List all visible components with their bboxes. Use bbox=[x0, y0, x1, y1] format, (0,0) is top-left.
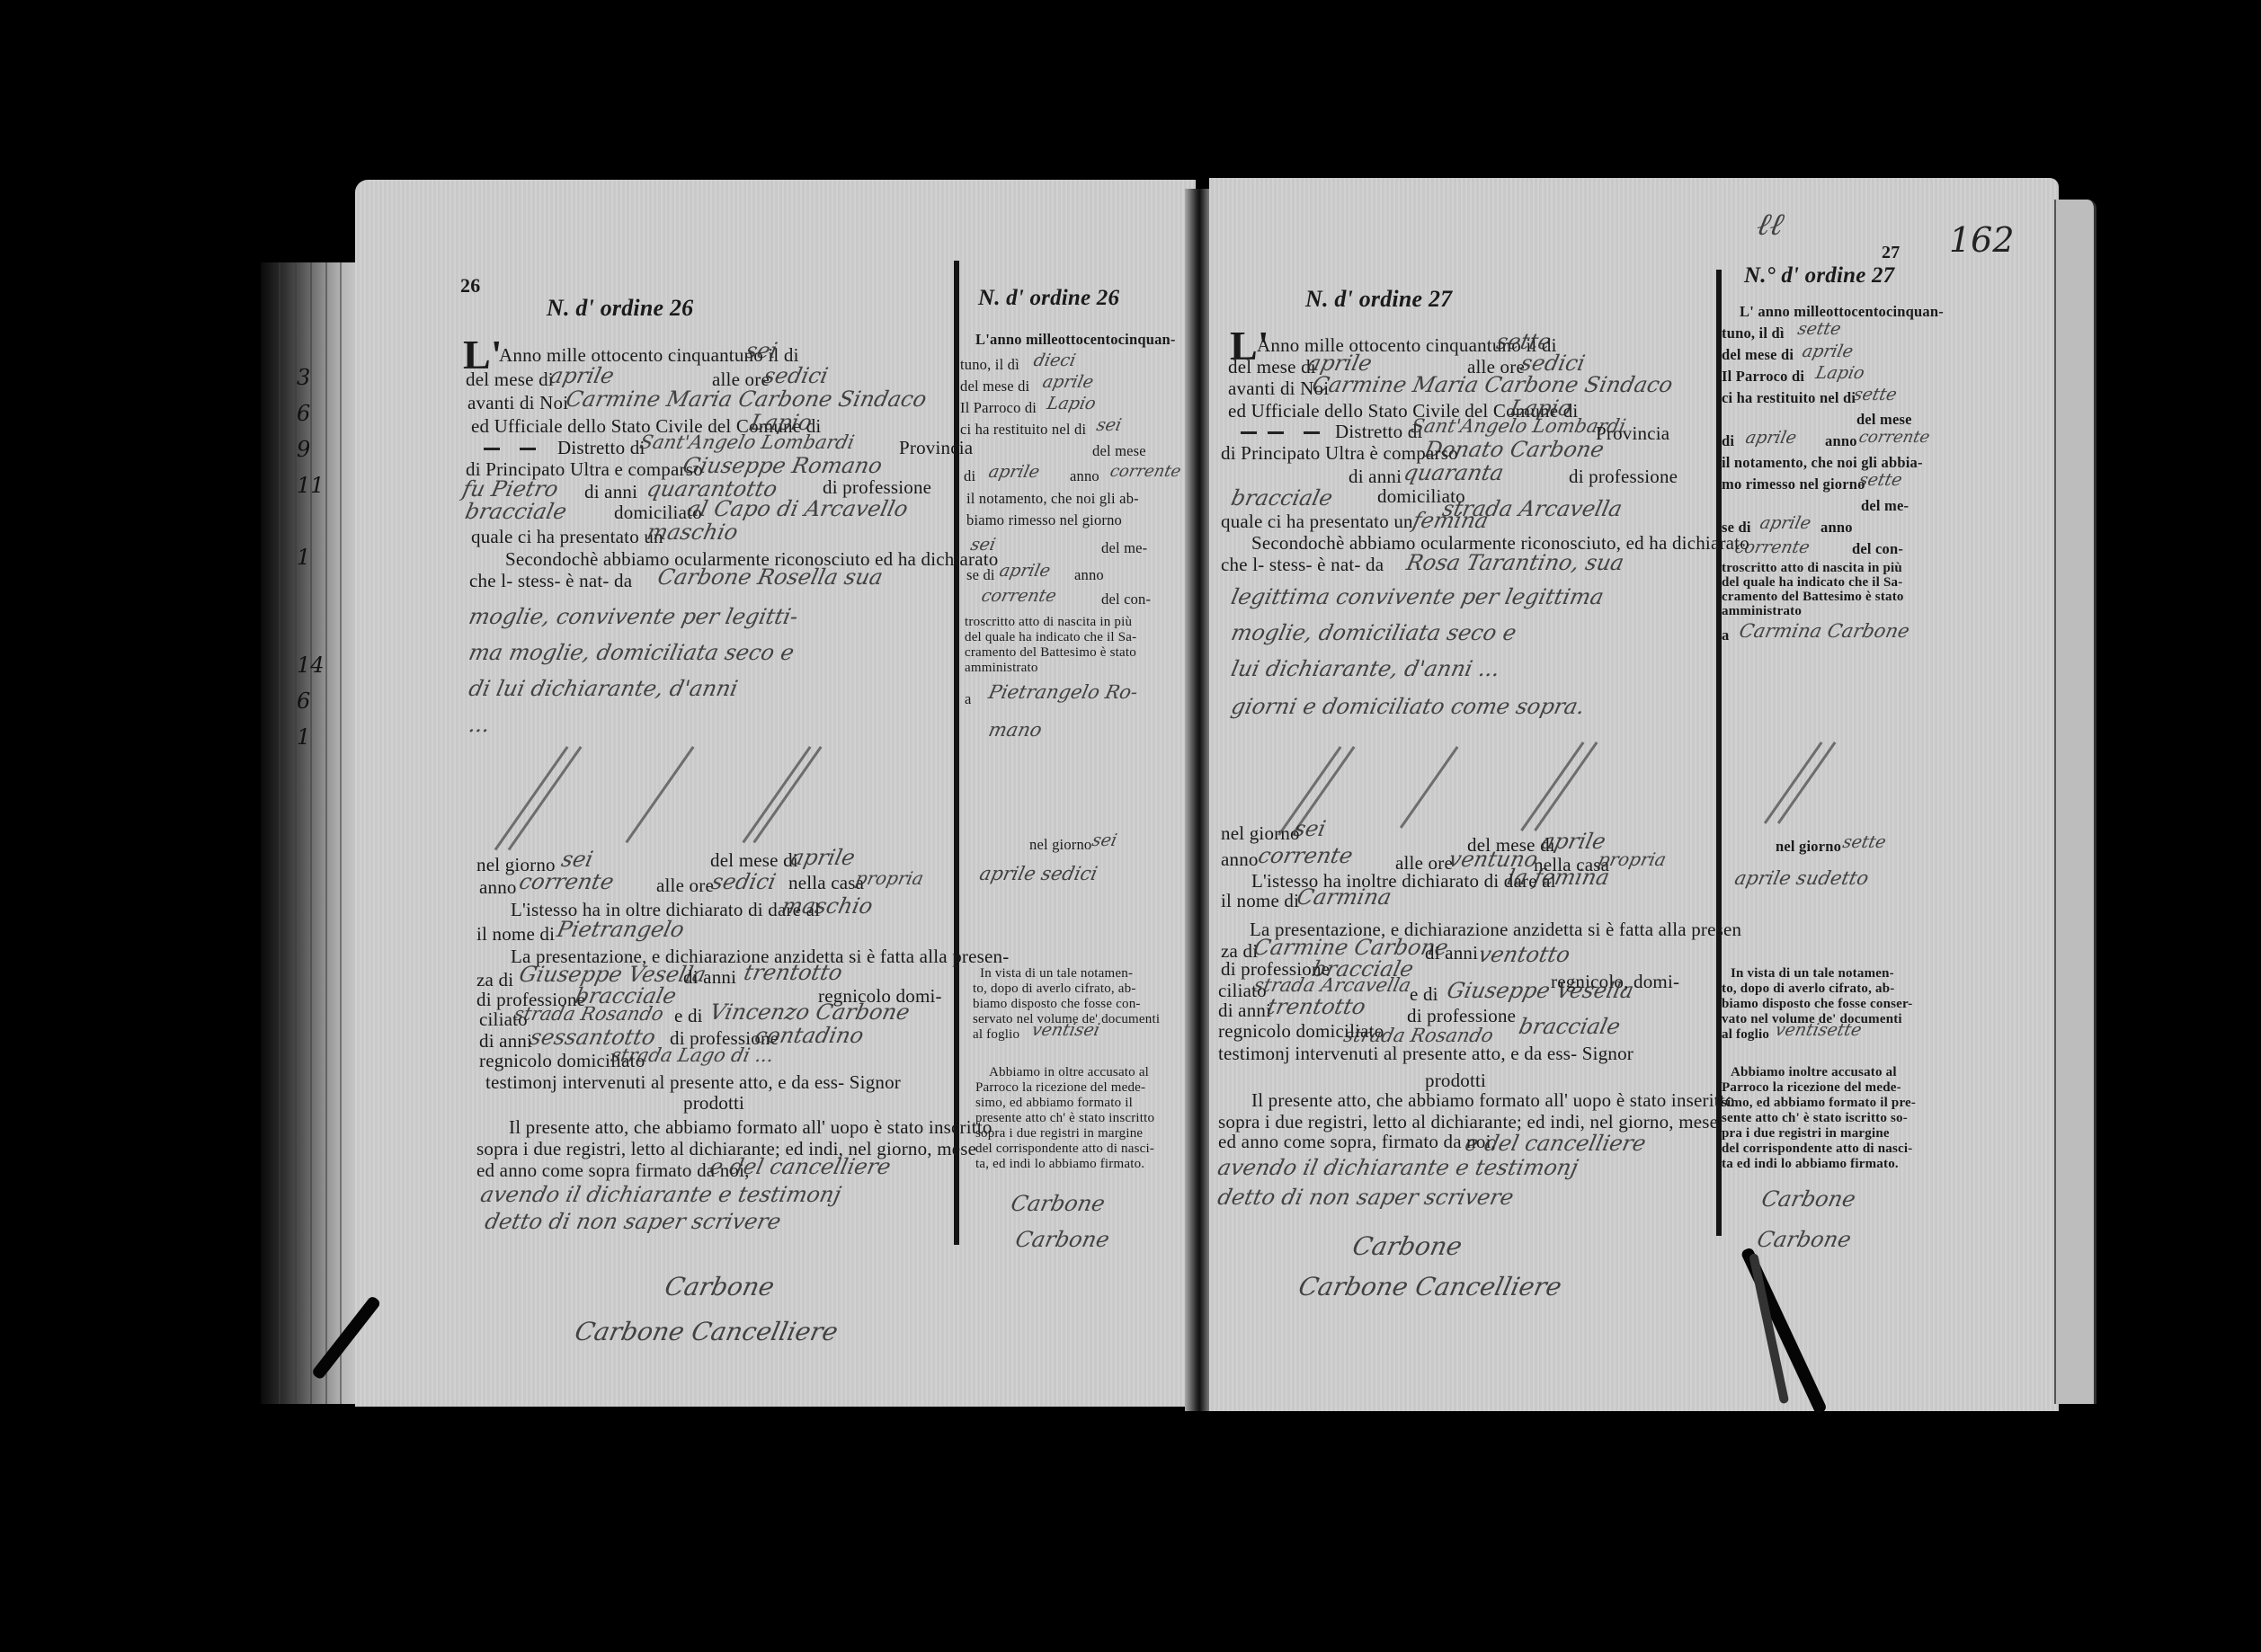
handwritten-baptism-date: aprile sudetto bbox=[1732, 867, 1870, 889]
handwritten-hour: sedici bbox=[761, 363, 831, 388]
handwritten-side-returned-day: sei bbox=[1095, 415, 1124, 435]
margin-number: 14 bbox=[297, 647, 325, 683]
side-record-header-26: N. d' ordine 26 bbox=[978, 286, 1119, 311]
side-print-line: del con- bbox=[1101, 591, 1151, 608]
side-print-line: mo rimesso nel giorno bbox=[1722, 475, 1865, 493]
print-line: anno bbox=[479, 876, 517, 899]
signature: Carbone bbox=[1349, 1231, 1464, 1261]
handwritten-distretto: Sant'Angelo Lombardi bbox=[637, 431, 856, 453]
handwritten-narrative: Carbone Rosella sua bbox=[655, 564, 886, 590]
handwritten-narrative: moglie, domiciliata seco e bbox=[1229, 620, 1518, 645]
side-print-line: sente atto ch' è stato iscritto so- bbox=[1722, 1111, 1908, 1126]
margin-number: 3 bbox=[297, 360, 325, 395]
side-print-line: Il Parroco di bbox=[960, 399, 1037, 417]
side-print-line: di bbox=[964, 467, 975, 485]
side-print-line: ta ed indi lo abbiamo firmato. bbox=[1722, 1157, 1899, 1172]
side-print-line: Parroco la ricezione del mede- bbox=[1722, 1080, 1901, 1096]
print-line: Provincia bbox=[899, 437, 973, 459]
margin-number: 11 bbox=[297, 467, 325, 503]
margin-number: 6 bbox=[297, 683, 325, 719]
print-line: alle ore bbox=[656, 875, 714, 897]
print-line: ed anno come sopra, firmato da noi, bbox=[1218, 1131, 1496, 1153]
side-print-line: pra i due registri in margine bbox=[1722, 1126, 1890, 1141]
margin-page-numbers: 3 6 9 11 1 14 6 1 bbox=[297, 360, 325, 755]
side-print-line: simo, ed abbiamo formato il pre- bbox=[1722, 1096, 1916, 1111]
side-print-line: to, dopo di averlo cifrato, ab- bbox=[1722, 981, 1894, 997]
record-header-26: N. d' ordine 26 bbox=[547, 295, 693, 322]
side-print-line: del quale ha indicato che il Sa- bbox=[1722, 575, 1902, 591]
handwritten-narrative: legittima convivente per legittima bbox=[1229, 584, 1606, 609]
left-column-divider bbox=[954, 261, 959, 1245]
handwritten-officer: Carmine Maria Carbone Sindaco bbox=[1310, 372, 1675, 397]
side-print-line: nel giorno bbox=[1776, 838, 1841, 856]
side-print-line: del mese bbox=[1092, 442, 1146, 460]
side-print-line: anno bbox=[1825, 432, 1857, 450]
side-print-line: nel giorno bbox=[1029, 836, 1091, 854]
side-print-line: del mese bbox=[1856, 411, 1912, 429]
handwritten-side-sent-year: corrente bbox=[1733, 537, 1811, 557]
handwritten-birth-month: aprile bbox=[788, 845, 858, 870]
print-line: di anni bbox=[683, 966, 736, 989]
print-line: di anni bbox=[584, 481, 637, 503]
handwritten-witness1-domicile: strada Arcavella bbox=[1251, 974, 1412, 996]
side-print-line: di bbox=[1722, 432, 1734, 450]
side-print-line: del me- bbox=[1101, 539, 1147, 557]
signature: Carbone bbox=[662, 1272, 777, 1301]
side-print-line: Il Parroco di bbox=[1722, 368, 1804, 386]
side-signature: Carbone bbox=[1013, 1227, 1112, 1252]
side-print-line: sopra i due registri in margine bbox=[975, 1126, 1143, 1141]
page-number-right: 27 bbox=[1882, 243, 1900, 263]
handwritten-sex: la femina bbox=[1505, 865, 1612, 890]
handwritten-narrative: giorni e domiciliato come sopra. bbox=[1229, 694, 1587, 719]
side-print-line: anno bbox=[1074, 566, 1104, 584]
print-line: testimonj intervenuti al presente atto, … bbox=[485, 1071, 901, 1094]
handwritten-birth-day: sei bbox=[559, 847, 595, 872]
side-print-line: il notamento, che noi gli ab- bbox=[966, 490, 1139, 508]
handwritten-side-returned-day: sette bbox=[1852, 385, 1899, 404]
side-print-line: amministrato bbox=[1722, 604, 1802, 619]
side-print-line: ci ha restituito nel di bbox=[960, 421, 1086, 439]
side-print-line: cramento del Battesimo è stato bbox=[1722, 590, 1904, 605]
print-line: Provincia bbox=[1596, 422, 1669, 445]
print-line: che l- stess- è nat- da bbox=[1221, 554, 1384, 576]
handwritten-given-name: Pietrangelo bbox=[555, 917, 687, 942]
print-line: di anni bbox=[1218, 999, 1271, 1022]
side-print-line: a bbox=[1722, 626, 1729, 644]
handwritten-side-sent-month: aprile bbox=[1758, 513, 1813, 533]
handwritten-witness2-profession: bracciale bbox=[1517, 1014, 1623, 1039]
handwritten-witness1-age: trentotto bbox=[742, 960, 845, 985]
print-line: Il presente atto, che abbiamo formato al… bbox=[1251, 1089, 1735, 1112]
handwritten-side-parish: Lapio bbox=[1046, 394, 1098, 413]
side-print-line: se di bbox=[1722, 519, 1751, 537]
print-line: il nome di bbox=[476, 923, 555, 946]
handwritten-narrative: di lui dichiarante, d'anni bbox=[467, 676, 740, 701]
print-line: quale ci ha presentato un bbox=[471, 526, 663, 548]
handwritten-birth-year: corrente bbox=[1256, 843, 1355, 868]
handwritten-birth-hour: sedici bbox=[709, 869, 779, 894]
side-print-line: troscritto atto di nascita in più bbox=[965, 615, 1132, 630]
handwritten-house: propria bbox=[853, 867, 925, 889]
signature: Carbone Cancelliere bbox=[572, 1317, 841, 1346]
side-print-line: In vista di un tale notamen- bbox=[980, 966, 1133, 981]
side-print-line: tuno, il dì bbox=[1722, 324, 1785, 342]
side-print-line: presente atto ch' è stato inscritto bbox=[975, 1111, 1154, 1126]
handwritten-birth-month: aprile bbox=[1539, 829, 1608, 854]
handwritten-side-sent-day: sette bbox=[1857, 470, 1904, 490]
handwritten-side-month: aprile bbox=[1041, 372, 1096, 392]
folio-number: 162 bbox=[1949, 220, 2015, 260]
side-print-line: biamo disposto che fosse conser- bbox=[1722, 997, 1913, 1012]
handwritten-witness1-domicile: strada Rosando bbox=[512, 1003, 665, 1025]
side-print-line: del con- bbox=[1852, 540, 1903, 558]
side-print-line: L'anno milleottocentocinquan- bbox=[975, 331, 1176, 349]
handwritten-officer: Carmine Maria Carbone Sindaco bbox=[564, 386, 929, 412]
handwritten-side-month: aprile bbox=[1801, 342, 1856, 361]
handwritten-age: quaranta bbox=[1402, 460, 1506, 485]
print-line: quale ci ha presentato un bbox=[1221, 511, 1413, 533]
handwritten-foglio: ventisette bbox=[1774, 1020, 1864, 1040]
handwritten-side-returned-year: corrente bbox=[1108, 462, 1183, 481]
print-line: Il presente atto, che abbiamo formato al… bbox=[509, 1116, 993, 1139]
print-line: del mese di bbox=[1228, 356, 1316, 378]
side-record-header-27: N.° d' ordine 27 bbox=[1744, 263, 1894, 289]
handwritten-birth-year: corrente bbox=[517, 869, 616, 894]
side-signature: Carbone bbox=[1755, 1227, 1854, 1252]
margin-number: 6 bbox=[297, 395, 325, 431]
side-print-line: del quale ha indicato che il Sa- bbox=[965, 630, 1136, 645]
handwritten-baptism-date: aprile sedici bbox=[977, 863, 1099, 884]
side-print-line: to, dopo di averlo cifrato, ab- bbox=[973, 981, 1136, 997]
side-print-line: anno bbox=[1820, 519, 1853, 537]
side-print-line: amministrato bbox=[965, 661, 1038, 676]
handwritten-month: aprile bbox=[547, 363, 617, 388]
book-gutter bbox=[1185, 189, 1212, 1411]
handwritten-side-day: sette bbox=[1796, 319, 1843, 339]
handwritten-distretto: Sant'Angelo Lombardi bbox=[1409, 415, 1627, 437]
side-print-line: del corrispondente atto di nasci- bbox=[1722, 1141, 1912, 1157]
side-print-line: In vista di un tale notamen- bbox=[1731, 966, 1894, 981]
side-print-line: biamo rimesso nel giorno bbox=[966, 511, 1122, 529]
print-line: prodotti bbox=[683, 1092, 744, 1115]
handwritten-given-name: Carmina bbox=[1295, 884, 1393, 910]
signature: Carbone Cancelliere bbox=[1295, 1272, 1564, 1301]
print-line: che l- stess- è nat- da bbox=[469, 570, 632, 592]
side-print-line: del mese di bbox=[960, 377, 1029, 395]
print-line: di anni bbox=[1425, 942, 1478, 964]
side-print-line: Abbiamo in oltre accusato al bbox=[989, 1065, 1149, 1080]
handwritten-day: sei bbox=[743, 338, 779, 363]
print-line: testimonj intervenuti al presente atto, … bbox=[1218, 1043, 1633, 1065]
page-number-left: 26 bbox=[460, 274, 480, 298]
print-line: e di bbox=[1410, 983, 1438, 1006]
side-print-line: Abbiamo inoltre accusato al bbox=[1731, 1065, 1897, 1080]
handwritten-baptised-name2: mano bbox=[986, 719, 1044, 741]
handwritten-side-returned-year: corrente bbox=[1857, 428, 1932, 447]
handwritten-declarant: Donato Carbone bbox=[1422, 437, 1607, 462]
handwritten-sex: maschio bbox=[779, 893, 875, 919]
handwritten-side-day: dieci bbox=[1032, 351, 1078, 370]
side-print-line: cramento del Battesimo è stato bbox=[965, 645, 1136, 661]
handwritten-birth-day: sei bbox=[1292, 816, 1328, 841]
handwritten-declarant-line2: fu Pietro bbox=[460, 476, 561, 502]
handwritten-side-sent-year: corrente bbox=[980, 586, 1058, 606]
side-print-line: del corrispondente atto di nasci- bbox=[975, 1141, 1154, 1157]
side-print-line: ci ha restituito nel di bbox=[1722, 389, 1856, 407]
side-print-line: simo, ed abbiamo formato il bbox=[975, 1096, 1133, 1111]
side-print-line: il notamento, che noi gli abbia- bbox=[1722, 454, 1923, 472]
handwritten-witness2-domicile: strada Lago di ... bbox=[609, 1044, 776, 1066]
handwritten-profession: bracciale bbox=[1229, 485, 1335, 511]
handwritten-closing: detto di non saper scrivere bbox=[1215, 1185, 1516, 1210]
side-signature: Carbone bbox=[1759, 1186, 1858, 1212]
handwritten-narrative: ma moglie, domiciliata seco e bbox=[467, 640, 797, 665]
side-print-line: troscritto atto di nascita in più bbox=[1722, 561, 1902, 576]
side-print-line: Parroco la ricezione del mede- bbox=[975, 1080, 1145, 1096]
handwritten-closing: e del cancelliere bbox=[1463, 1131, 1648, 1156]
handwritten-narrative: moglie, convivente per legitti- bbox=[467, 604, 800, 629]
side-print-line: se di bbox=[966, 566, 995, 584]
handwritten-side-returned-month: aprile bbox=[987, 462, 1042, 482]
print-line: del mese di bbox=[466, 369, 554, 391]
handwritten-baptism-day: sei bbox=[1090, 830, 1119, 850]
handwritten-side-sent-day: sei bbox=[969, 535, 998, 555]
handwritten-profession: bracciale bbox=[463, 499, 569, 524]
print-line: anno bbox=[1221, 848, 1259, 871]
margin-number: 1 bbox=[297, 539, 325, 575]
handwritten-witness2-age: trentotto bbox=[1265, 994, 1368, 1019]
handwritten-side-parish: Lapio bbox=[1814, 363, 1866, 383]
handwritten-closing: avendo il dichiarante e testimonj bbox=[1215, 1155, 1580, 1180]
side-print-line: biamo disposto che fosse con- bbox=[973, 997, 1141, 1012]
print-line: nella casa bbox=[788, 872, 864, 894]
handwritten-presented: femina bbox=[1411, 508, 1491, 533]
right-page-edge bbox=[2054, 200, 2096, 1404]
margin-number: 1 bbox=[297, 719, 325, 755]
side-print-line: a bbox=[965, 690, 972, 708]
print-line: nel giorno bbox=[1221, 822, 1300, 845]
side-print-line: al foglio bbox=[973, 1027, 1019, 1043]
handwritten-witness2: Giuseppe Vesella bbox=[1445, 978, 1636, 1003]
side-signature: Carbone bbox=[1009, 1191, 1108, 1216]
handwritten-narrative: lui dichiarante, d'anni ... bbox=[1229, 656, 1502, 681]
side-print-line: anno bbox=[1070, 467, 1099, 485]
print-line: avanti di Noi bbox=[467, 392, 568, 414]
handwritten-narrative: Rosa Tarantino, sua bbox=[1404, 550, 1626, 575]
handwritten-side-returned-month: aprile bbox=[1744, 428, 1799, 448]
handwritten-baptised-name: Pietrangelo Ro- bbox=[986, 681, 1139, 703]
side-print-line: del mese di bbox=[1722, 346, 1794, 364]
handwritten-declarant: Giuseppe Romano bbox=[681, 453, 885, 478]
print-line: e di bbox=[674, 1005, 703, 1027]
handwritten-baptism-day: sette bbox=[1841, 832, 1888, 852]
handwritten-witness2: Vincenzo Carbone bbox=[708, 999, 912, 1025]
handwritten-presented: maschio bbox=[645, 520, 740, 545]
handwritten-witness1-age: ventotto bbox=[1476, 942, 1572, 967]
side-print-line: del me- bbox=[1861, 497, 1909, 515]
handwritten-foglio: ventisei bbox=[1030, 1020, 1102, 1040]
print-line: di professione bbox=[1569, 466, 1678, 488]
margin-number: 9 bbox=[297, 431, 325, 467]
handwritten-closing: detto di non saper scrivere bbox=[483, 1209, 783, 1234]
handwritten-domicile: al Capo di Arcavello bbox=[685, 496, 910, 521]
handwritten-closing: avendo il dichiarante e testimonj bbox=[478, 1182, 843, 1207]
record-header-27: N. d' ordine 27 bbox=[1305, 286, 1452, 313]
handwritten-closing: e del cancelliere bbox=[708, 1154, 893, 1179]
side-print-line: tuno, il dì bbox=[960, 356, 1019, 374]
print-line: Distretto di bbox=[557, 437, 645, 459]
handwritten-side-sent-month: aprile bbox=[998, 561, 1053, 581]
handwritten-baptised-name: Carmina Carbone bbox=[1737, 620, 1911, 642]
print-line: il nome di bbox=[1221, 890, 1299, 912]
side-print-line: ta, ed indi lo abbiamo firmato. bbox=[975, 1157, 1144, 1172]
side-print-line: al foglio bbox=[1722, 1027, 1769, 1043]
side-print-line: L' anno milleottocentocinquan- bbox=[1740, 303, 1944, 321]
